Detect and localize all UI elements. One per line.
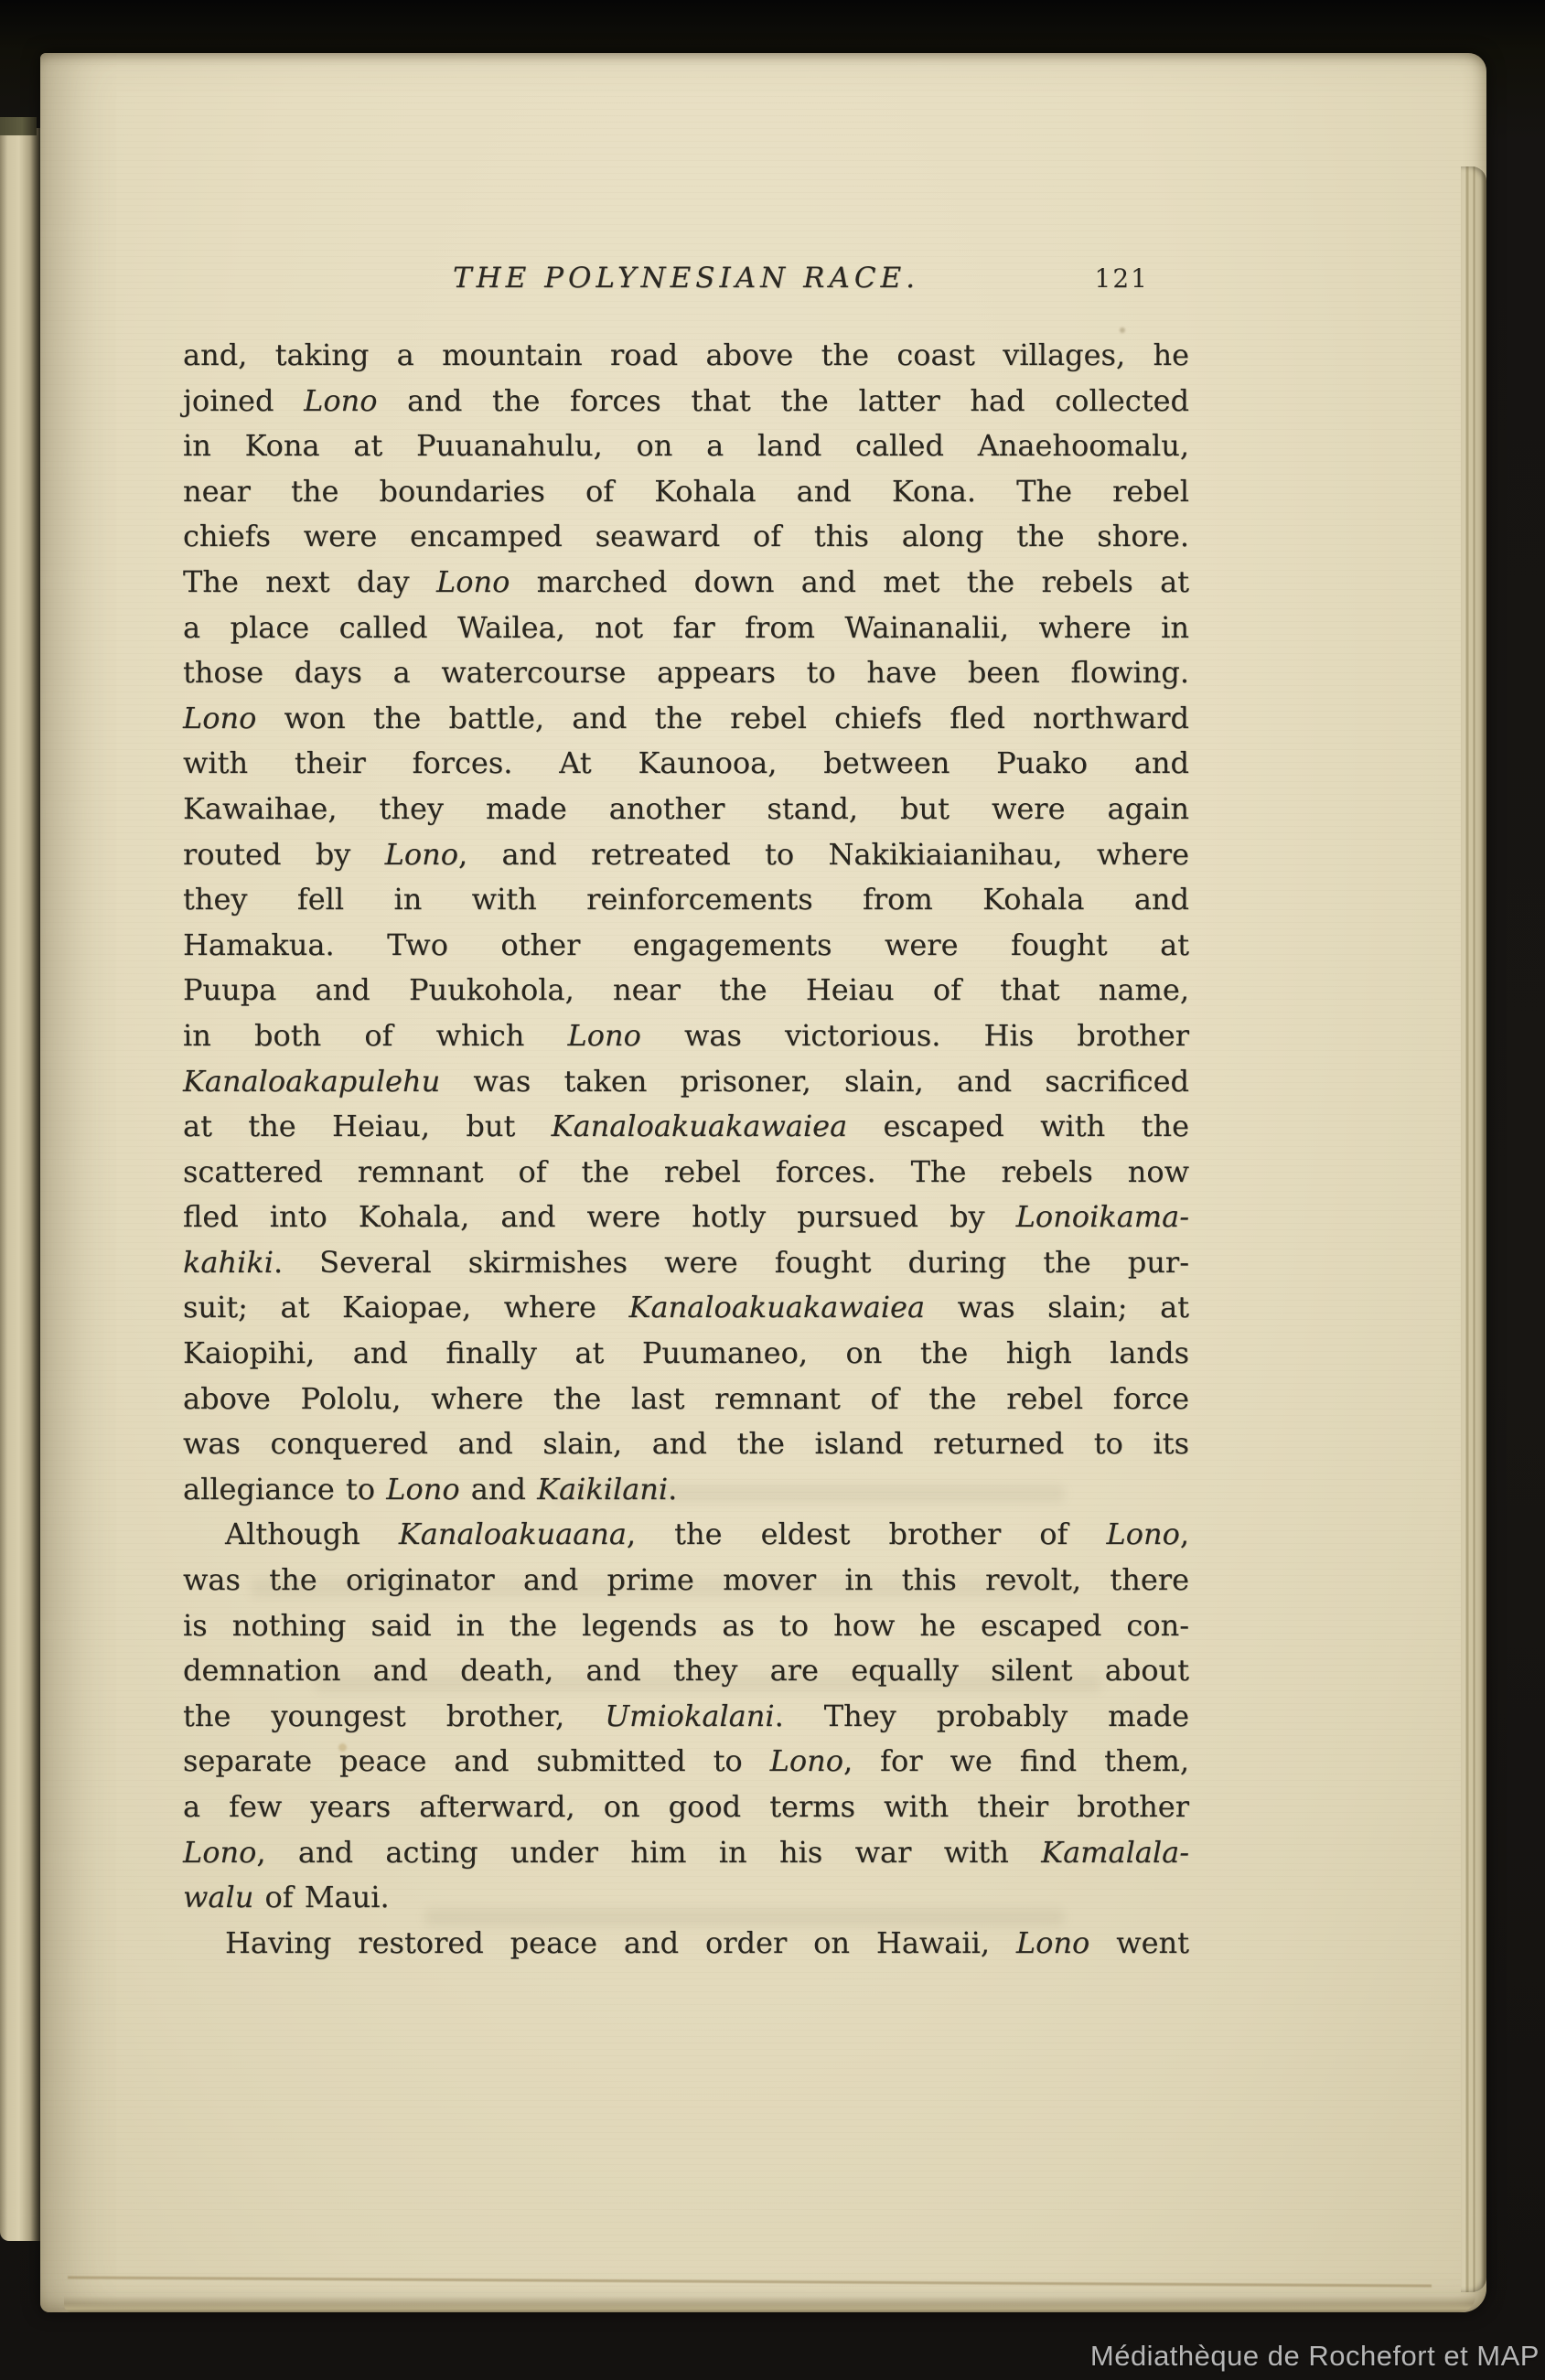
page-number: 121 xyxy=(1095,263,1149,294)
text-line: is nothing said in the legends as to how… xyxy=(183,1603,1189,1649)
text-line: allegiance to Lono and Kaikilani. xyxy=(183,1467,1189,1513)
text-line: suit; at Kaiopae, where Kanaloakuakawaie… xyxy=(183,1285,1189,1331)
running-header: THE POLYNESIAN RACE. 121 xyxy=(183,262,1189,302)
text-line: in Kona at Puuanahulu, on a land called … xyxy=(183,423,1189,469)
text-line: near the boundaries of Kohala and Kona. … xyxy=(183,469,1189,515)
page-edge-stack xyxy=(1461,166,1486,2292)
header-title: THE POLYNESIAN RACE. xyxy=(453,262,919,295)
under-page-edges xyxy=(0,128,42,2241)
text-line: chiefs were encamped seaward of this alo… xyxy=(183,514,1189,560)
text-line: the youngest brother, Umiokalani. They p… xyxy=(183,1694,1189,1740)
text-line: Puupa and Puukohola, near the Heiau of t… xyxy=(183,968,1189,1013)
text-line: demnation and death, and they are equall… xyxy=(183,1648,1189,1694)
text-line: joined Lono and the forces that the latt… xyxy=(183,379,1189,424)
text-line: fled into Kohala, and were hotly pursued… xyxy=(183,1195,1189,1240)
text-line: Lono won the battle, and the rebel chief… xyxy=(183,696,1189,742)
text-line: Lono, and acting under him in his war wi… xyxy=(183,1830,1189,1876)
text-line: The next day Lono marched down and met t… xyxy=(183,560,1189,606)
book-page: THE POLYNESIAN RACE. 121 and, taking a m… xyxy=(40,53,1486,2312)
text-line: was conquered and slain, and the island … xyxy=(183,1421,1189,1467)
text-line: separate peace and submitted to Lono, fo… xyxy=(183,1739,1189,1785)
text-line: Having restored peace and order on Hawai… xyxy=(183,1921,1189,1967)
text-line: with their forces. At Kaunooa, between P… xyxy=(183,741,1189,787)
text-line: Kanaloakapulehu was taken prisoner, slai… xyxy=(183,1059,1189,1105)
text-line: walu of Maui. xyxy=(183,1875,1189,1921)
text-line: scattered remnant of the rebel forces. T… xyxy=(183,1150,1189,1195)
text-line: a few years afterward, on good terms wit… xyxy=(183,1785,1189,1830)
body-text: and, taking a mountain road above the co… xyxy=(183,333,1189,1966)
text-line: Kawaihae, they made another stand, but w… xyxy=(183,787,1189,832)
watermark: Médiathèque de Rochefort et MAP xyxy=(1090,2340,1540,2373)
text-line: in both of which Lono was victorious. Hi… xyxy=(183,1013,1189,1059)
text-line: kahiki. Several skirmishes were fought d… xyxy=(183,1240,1189,1286)
text-line: was the originator and prime mover in th… xyxy=(183,1558,1189,1603)
text-line: Although Kanaloakuaana, the eldest broth… xyxy=(183,1512,1189,1558)
printed-area: THE POLYNESIAN RACE. 121 and, taking a m… xyxy=(183,53,1189,2312)
text-line: Kaiopihi, and finally at Puumaneo, on th… xyxy=(183,1331,1189,1377)
text-line: Hamakua. Two other engagements were foug… xyxy=(183,923,1189,969)
text-line: they fell in with reinforcements from Ko… xyxy=(183,877,1189,923)
binding-cloth xyxy=(0,117,37,135)
text-line: those days a watercourse appears to have… xyxy=(183,650,1189,696)
text-line: routed by Lono, and retreated to Nakikia… xyxy=(183,832,1189,878)
text-line: at the Heiau, but Kanaloakuakawaiea esca… xyxy=(183,1104,1189,1150)
text-line: and, taking a mountain road above the co… xyxy=(183,333,1189,379)
text-line: a place called Wailea, not far from Wain… xyxy=(183,606,1189,651)
text-line: above Pololu, where the last remnant of … xyxy=(183,1377,1189,1422)
